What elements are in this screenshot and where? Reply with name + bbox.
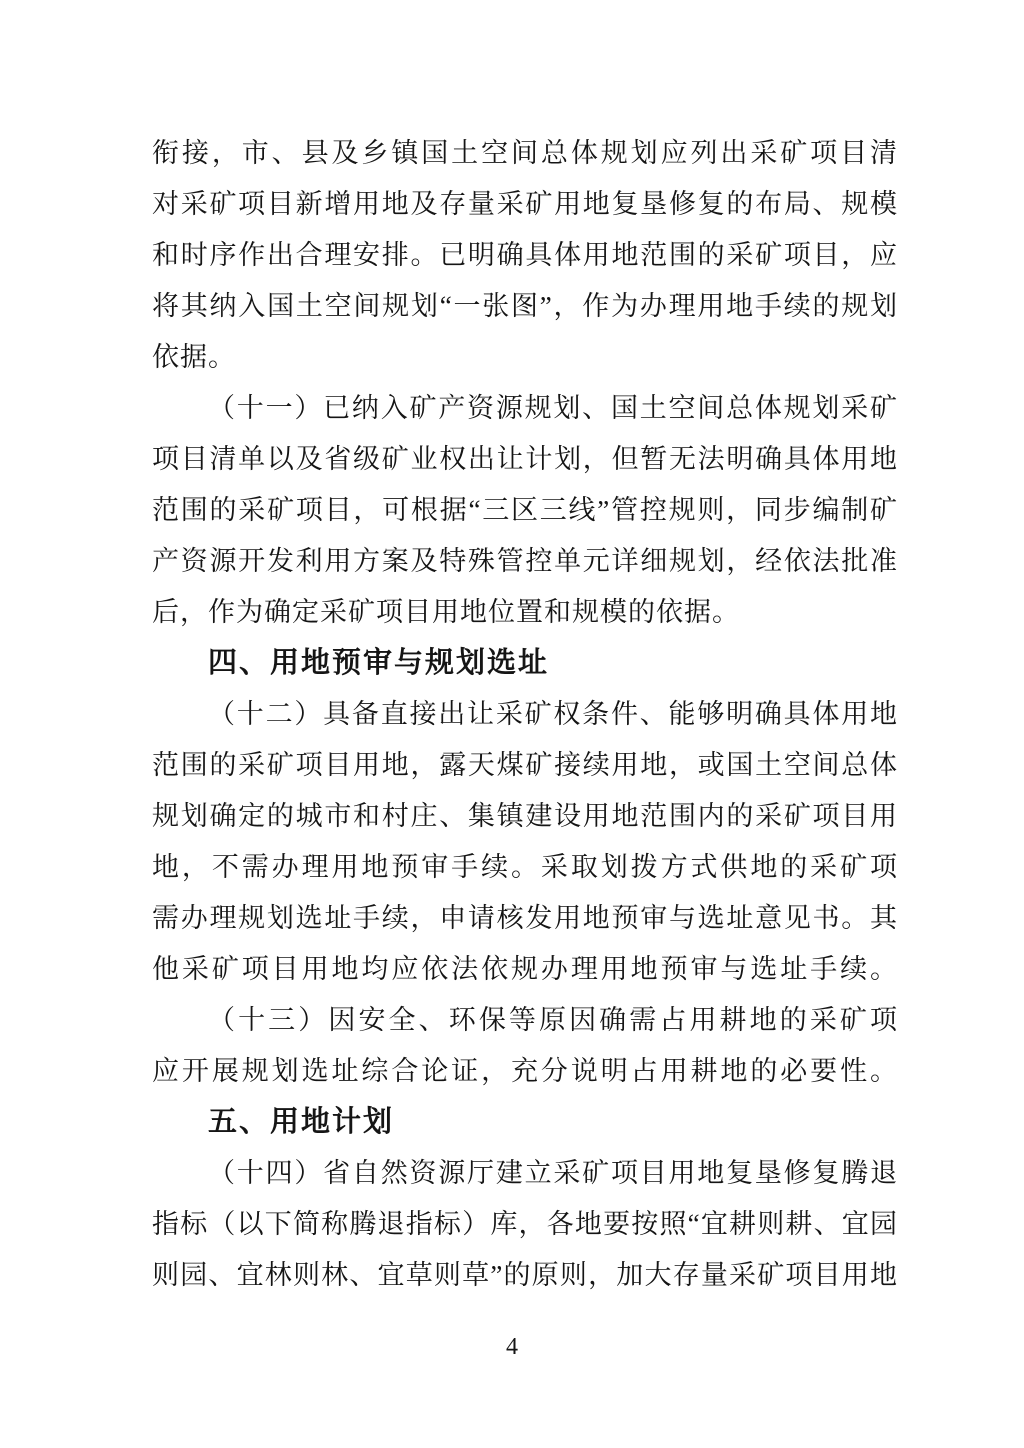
body-line: 和时序作出合理安排。已明确具体用地范围的采矿项目，应 xyxy=(152,230,898,281)
body-line: 范围的采矿项目用地，露天煤矿接续用地，或国土空间总体 xyxy=(152,740,898,791)
body-line: 衔接，市、县及乡镇国土空间总体规划应列出采矿项目清单， xyxy=(152,128,898,179)
page-number: 4 xyxy=(506,1334,518,1360)
paragraph: （十二）具备直接出让采矿权条件、能够明确具体用地 范围的采矿项目用地，露天煤矿接… xyxy=(152,689,898,995)
section-heading: 四、用地预审与规划选址 xyxy=(152,638,898,689)
paragraph: 衔接，市、县及乡镇国土空间总体规划应列出采矿项目清单， 对采矿项目新增用地及存量… xyxy=(152,128,898,383)
section-heading: 五、用地计划 xyxy=(152,1097,898,1148)
body-line: （十四）省自然资源厅建立采矿项目用地复垦修复腾退 xyxy=(152,1148,898,1199)
body-line: （十一）已纳入矿产资源规划、国土空间总体规划采矿 xyxy=(152,383,898,434)
paragraph: （十三）因安全、环保等原因确需占用耕地的采矿项目， 应开展规划选址综合论证，充分… xyxy=(152,995,898,1097)
body-line: 对采矿项目新增用地及存量采矿用地复垦修复的布局、规模 xyxy=(152,179,898,230)
document-page: 衔接，市、县及乡镇国土空间总体规划应列出采矿项目清单， 对采矿项目新增用地及存量… xyxy=(0,0,1024,1448)
body-line: 则园、宜林则林、宜草则草”的原则，加大存量采矿项目用地 xyxy=(152,1250,898,1301)
body-line: 应开展规划选址综合论证，充分说明占用耕地的必要性。 xyxy=(152,1046,898,1097)
body-line: 产资源开发利用方案及特殊管控单元详细规划，经依法批准 xyxy=(152,536,898,587)
paragraph: （十四）省自然资源厅建立采矿项目用地复垦修复腾退 指标（以下简称腾退指标）库，各… xyxy=(152,1148,898,1301)
body-line: 范围的采矿项目，可根据“三区三线”管控规则，同步编制矿 xyxy=(152,485,898,536)
body-line: （十二）具备直接出让采矿权条件、能够明确具体用地 xyxy=(152,689,898,740)
body-line: 依据。 xyxy=(152,332,898,383)
body-line: （十三）因安全、环保等原因确需占用耕地的采矿项目， xyxy=(152,995,898,1046)
document-body: 衔接，市、县及乡镇国土空间总体规划应列出采矿项目清单， 对采矿项目新增用地及存量… xyxy=(152,128,898,1301)
body-line: 后，作为确定采矿项目用地位置和规模的依据。 xyxy=(152,587,898,638)
body-line: 需办理规划选址手续，申请核发用地预审与选址意见书。其 xyxy=(152,893,898,944)
body-line: 地，不需办理用地预审手续。采取划拨方式供地的采矿项目， xyxy=(152,842,898,893)
body-line: 将其纳入国土空间规划“一张图”，作为办理用地手续的规划 xyxy=(152,281,898,332)
body-line: 指标（以下简称腾退指标）库，各地要按照“宜耕则耕、宜园 xyxy=(152,1199,898,1250)
body-line: 项目清单以及省级矿业权出让计划，但暂无法明确具体用地 xyxy=(152,434,898,485)
body-line: 规划确定的城市和村庄、集镇建设用地范围内的采矿项目用 xyxy=(152,791,898,842)
page-footer: 4 xyxy=(0,1334,1024,1361)
paragraph: （十一）已纳入矿产资源规划、国土空间总体规划采矿 项目清单以及省级矿业权出让计划… xyxy=(152,383,898,638)
body-line: 他采矿项目用地均应依法依规办理用地预审与选址手续。 xyxy=(152,944,898,995)
